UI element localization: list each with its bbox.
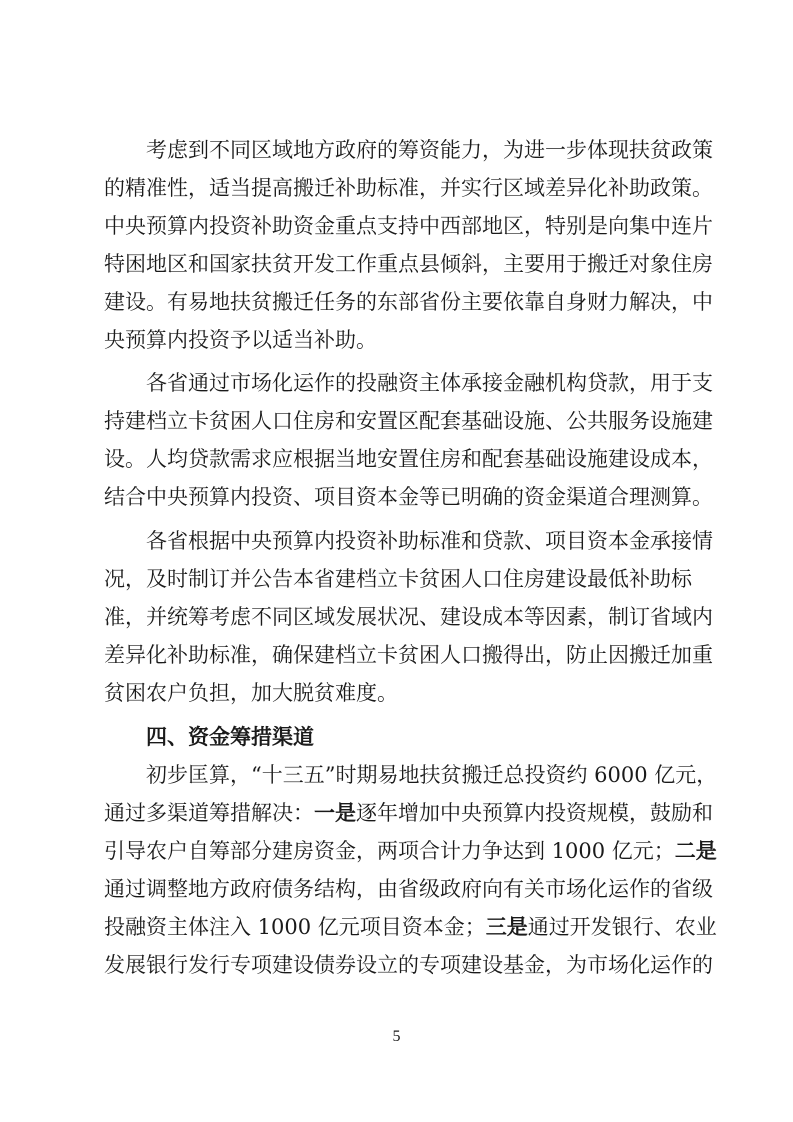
bold-label-first: 一是 — [314, 801, 356, 825]
paragraph-1-line-1: 考虑到不同区域地方政府的筹资能力，为进一步体现扶贫政策 — [146, 131, 690, 169]
paragraph-3-line-4: 差异化补助标准，确保建档立卡贫困人口搬得出，防止因搬迁加重 — [104, 636, 690, 674]
page-number: 5 — [0, 1028, 793, 1046]
paragraph-2-line-2: 持建档立卡贫困人口住房和安置区配套基础设施、公共服务设施建 — [104, 402, 690, 440]
section-heading: 四、资金筹措渠道 — [146, 718, 314, 756]
paragraph-1-line-2: 的精准性，适当提高搬迁补助标准，并实行区域差异化补助政策。 — [104, 169, 690, 207]
paragraph-1-line-3: 中央预算内投资补助资金重点支持中西部地区，特别是向集中连片 — [104, 207, 690, 245]
paragraph-3-line-2: 况，及时制订并公告本省建档立卡贫困人口住房建设最低补助标 — [104, 560, 690, 598]
paragraph-3-line-3: 准，并统筹考虑不同区域发展状况、建设成本等因素，制订省域内 — [104, 598, 690, 636]
paragraph-2-line-1: 各省通过市场化运作的投融资主体承接金融机构贷款，用于支 — [146, 364, 690, 402]
bold-label-second: 二是 — [675, 839, 717, 863]
text-segment: 逐年增加中央预算内投资规模，鼓励和 — [356, 801, 713, 825]
paragraph-1-line-6: 央预算内投资予以适当补助。 — [104, 321, 690, 359]
document-page: 考虑到不同区域地方政府的筹资能力，为进一步体现扶贫政策 的精准性，适当提高搬迁补… — [0, 0, 793, 1122]
section-paragraph-line-3: 引导农户自筹部分建房资金，两项合计力争达到 1000 亿元；二是 — [104, 832, 690, 870]
text-segment: 投融资主体注入 1000 亿元项目资本金； — [104, 915, 486, 939]
paragraph-1-line-5: 建设。有易地扶贫搬迁任务的东部省份主要依靠自身财力解决，中 — [104, 283, 690, 321]
paragraph-1-line-4: 特困地区和国家扶贫开发工作重点县倾斜，主要用于搬迁对象住房 — [104, 245, 690, 283]
paragraph-3-line-5: 贫困农户负担，加大脱贫难度。 — [104, 674, 690, 712]
section-paragraph-line-6: 发展银行发行专项建设债券设立的专项建设基金，为市场化运作的 — [104, 946, 690, 984]
section-paragraph-line-5: 投融资主体注入 1000 亿元项目资本金；三是通过开发银行、农业 — [104, 908, 690, 946]
paragraph-2-line-4: 结合中央预算内投资、项目资本金等已明确的资金渠道合理测算。 — [104, 478, 690, 516]
paragraph-3-line-1: 各省根据中央预算内投资补助标准和贷款、项目资本金承接情 — [146, 522, 690, 560]
section-paragraph-line-2: 通过多渠道筹措解决：一是逐年增加中央预算内投资规模，鼓励和 — [104, 794, 690, 832]
section-paragraph-line-4: 通过调整地方政府债务结构，由省级政府向有关市场化运作的省级 — [104, 870, 690, 908]
paragraph-2-line-3: 设。人均贷款需求应根据当地安置住房和配套基础设施建设成本， — [104, 440, 690, 478]
text-segment: 通过开发银行、农业 — [528, 915, 717, 939]
section-paragraph-line-1: 初步匡算，“十三五”时期易地扶贫搬迁总投资约 6000 亿元， — [146, 756, 690, 794]
text-segment: 通过多渠道筹措解决： — [104, 801, 314, 825]
bold-label-third: 三是 — [486, 915, 528, 939]
text-segment: 引导农户自筹部分建房资金，两项合计力争达到 1000 亿元； — [104, 839, 675, 863]
